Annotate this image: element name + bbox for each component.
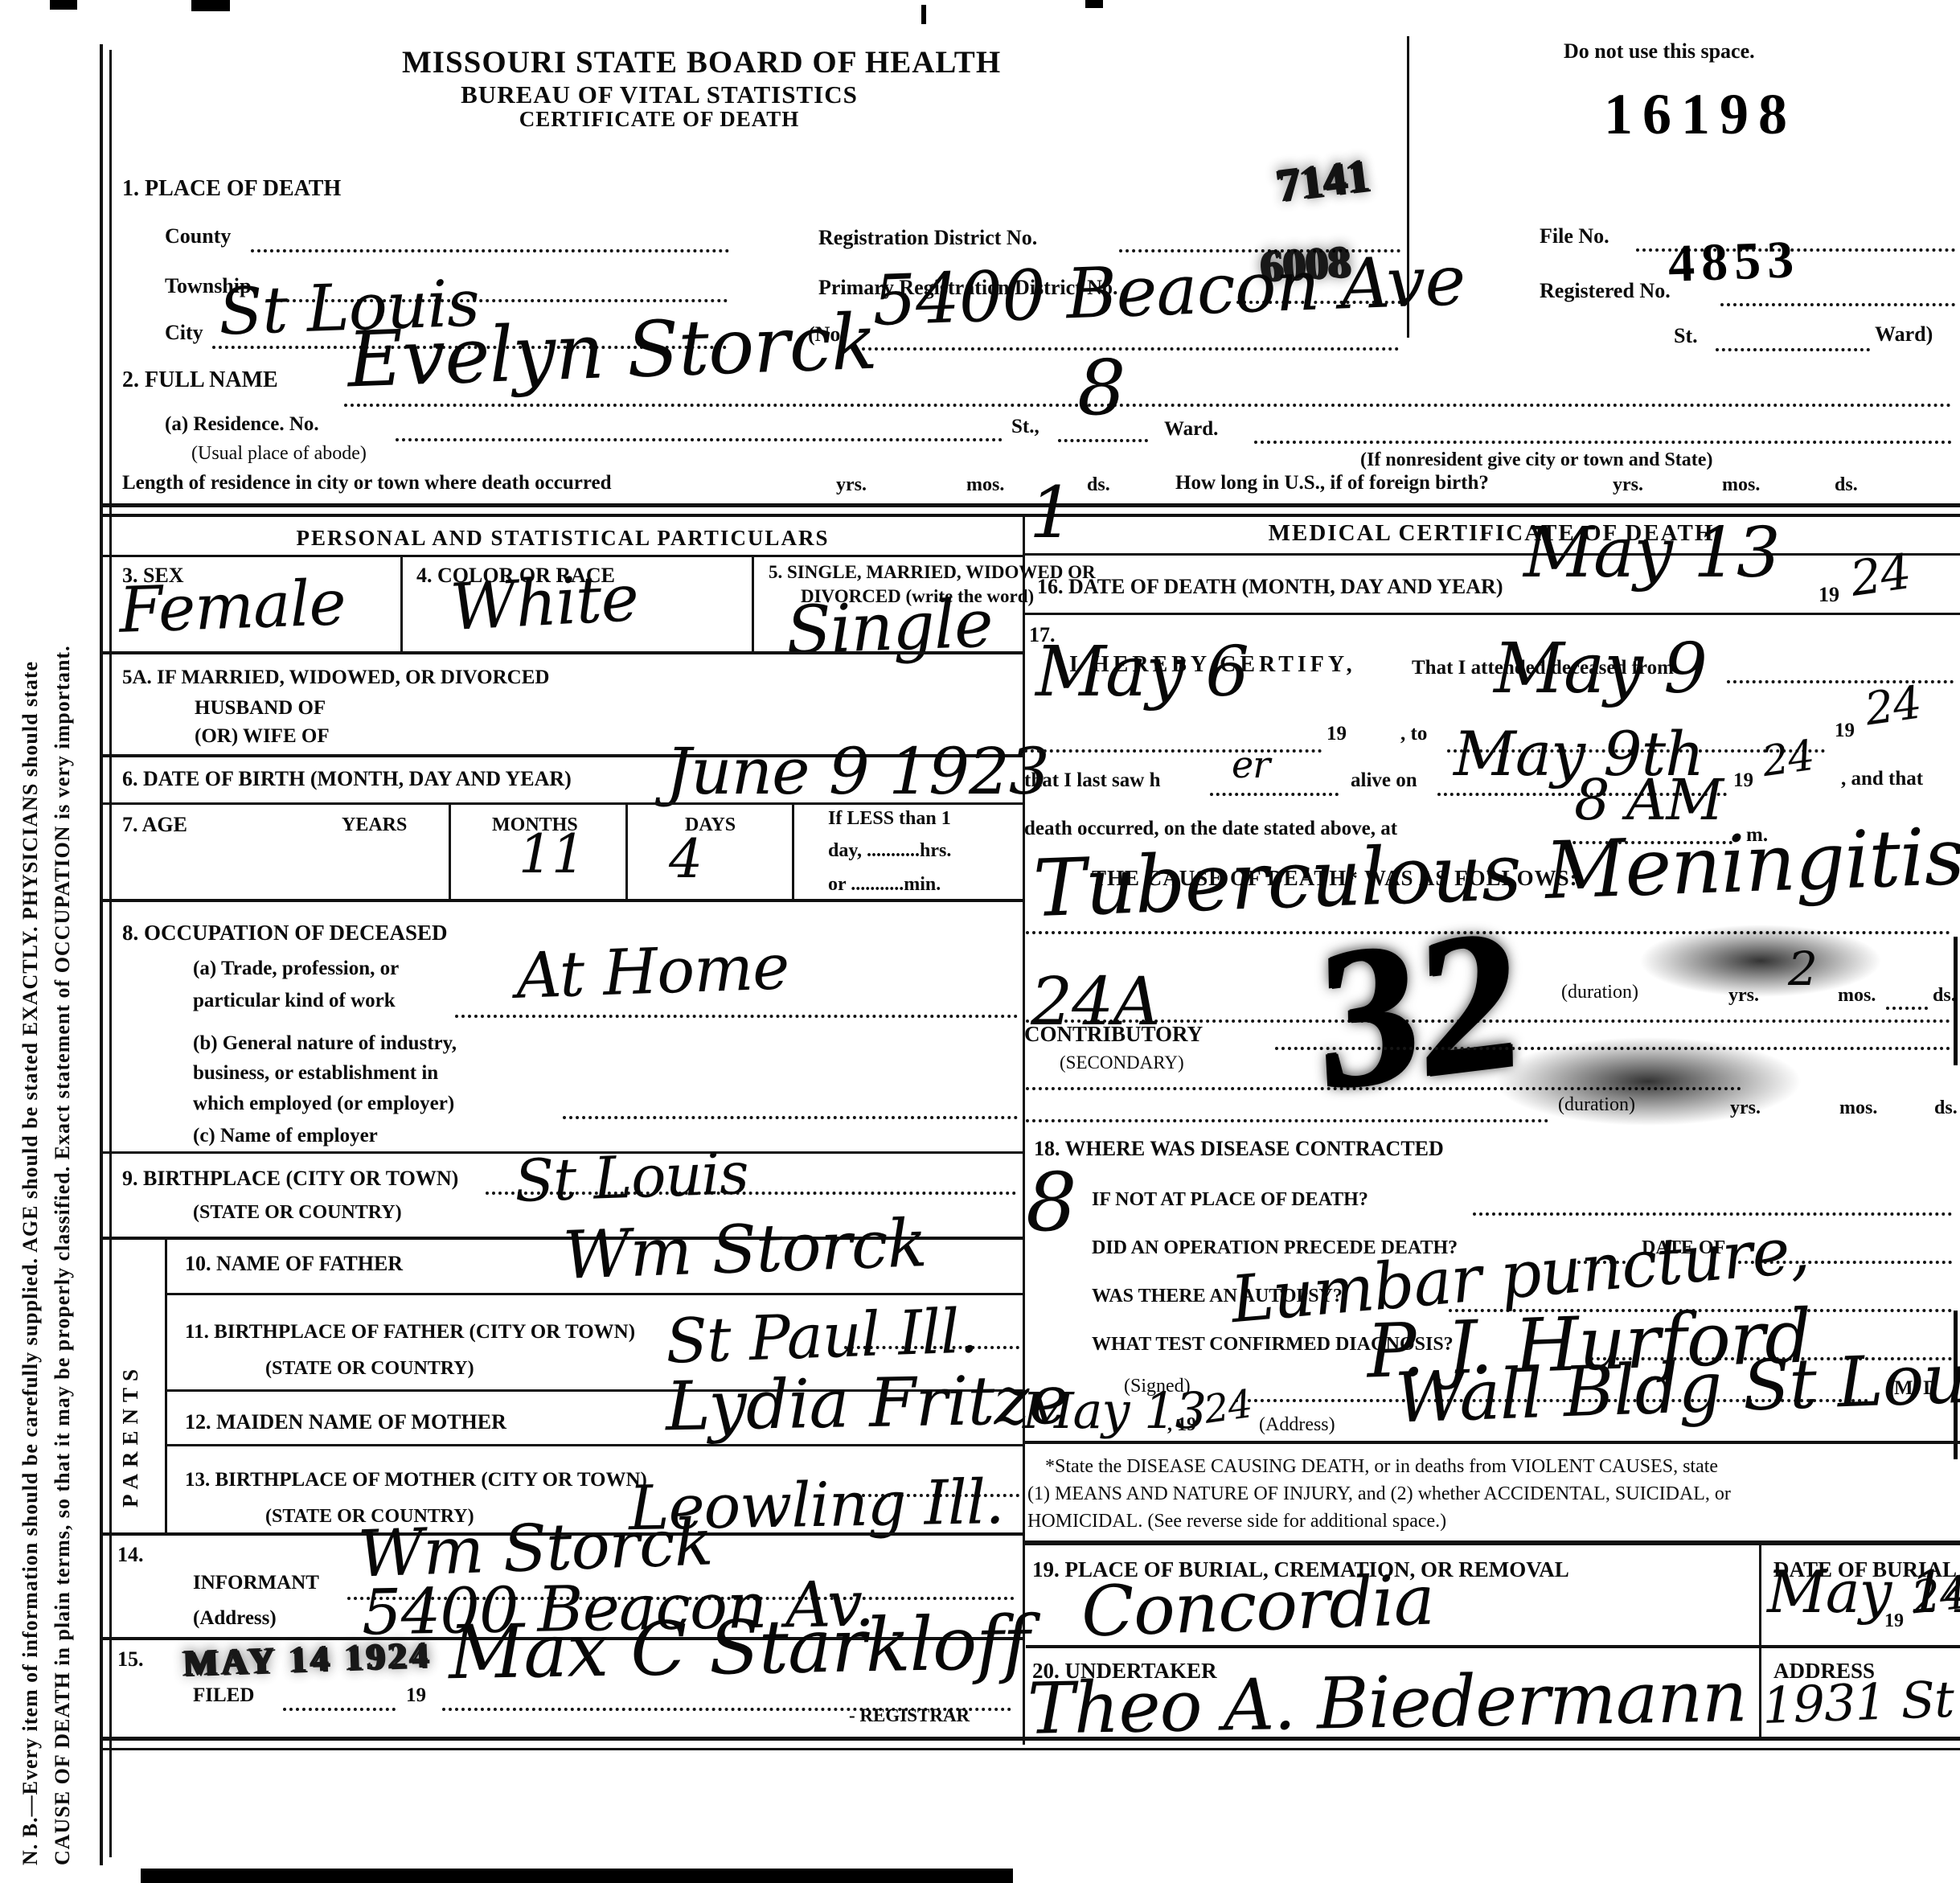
age-less1-label: If LESS than 1 <box>828 809 951 829</box>
contributory-line <box>1275 1047 1950 1050</box>
if-not-line <box>1473 1212 1952 1216</box>
color-race-value: White <box>449 568 639 638</box>
full-name-label: 2. FULL NAME <box>122 368 278 392</box>
burial-year-value: 24 <box>1909 1572 1960 1620</box>
ds-label: ds. <box>1835 475 1858 495</box>
rule <box>1023 1441 1960 1444</box>
attended-from-value: May 6 <box>1035 640 1249 706</box>
saw-19-label: 19 <box>1733 770 1753 791</box>
occupation-c: (c) Name of employer <box>193 1126 378 1147</box>
personal-title: PERSONAL AND STATISTICAL PARTICULARS <box>105 527 1021 549</box>
occupation-b2: business, or establishment in <box>193 1063 438 1084</box>
informant-address-label: (Address) <box>193 1608 277 1629</box>
ds-label: ds. <box>1087 475 1110 495</box>
county-line <box>251 249 729 252</box>
death-certificate-page: N. B.—Every item of information should b… <box>0 0 1960 1883</box>
street-no-line <box>855 347 1399 351</box>
saw-year-value: 24 <box>1760 736 1816 783</box>
last-saw-er-value: er <box>1232 748 1269 783</box>
residence-line <box>396 438 1003 441</box>
residence-st-line <box>1058 439 1148 442</box>
bureau-title: BUREAU OF VITAL STATISTICS <box>402 82 916 109</box>
duration2-yrs-label: yrs. <box>1730 1098 1761 1118</box>
cell-divider <box>792 802 794 899</box>
to-label: , to <box>1400 724 1427 745</box>
length-residence-label: Length of residence in city or town wher… <box>122 473 612 494</box>
rule <box>100 802 1024 805</box>
where-contracted-label: 18. WHERE WAS DISEASE CONTRACTED <box>1034 1138 1444 1159</box>
do-not-use-label: Do not use this space. <box>1564 40 1755 62</box>
cell-divider <box>752 555 754 651</box>
registered-no-stamp: 4853 <box>1667 236 1801 288</box>
husband-of-label: HUSBAND OF <box>195 698 326 719</box>
if-not-label: IF NOT AT PLACE OF DEATH? <box>1092 1190 1368 1210</box>
occupation-b3: which employed (or employer) <box>193 1093 454 1114</box>
residence-label: (a) Residence. No. <box>165 414 319 435</box>
ward-label: Ward) <box>1875 323 1933 345</box>
footnote-line3: HOMICIDAL. (See reverse side for additio… <box>1027 1512 1446 1532</box>
mos-label: mos. <box>1722 475 1760 495</box>
scan-noise <box>191 0 230 11</box>
duration-ds-label: ds. <box>1933 986 1956 1006</box>
occupation-a-line <box>455 1015 1018 1018</box>
attended-to-value: May 9 <box>1494 637 1707 703</box>
dob-label: 6. DATE OF BIRTH (MONTH, DAY AND YEAR) <box>122 768 572 790</box>
secondary-label: (SECONDARY) <box>1060 1053 1184 1073</box>
duration-label: (duration) <box>1561 983 1638 1003</box>
residence-ward-line <box>1254 441 1952 444</box>
duration-mos-label: mos. <box>1838 986 1876 1006</box>
contributory-label: CONTRIBUTORY <box>1024 1023 1203 1045</box>
mother-name-label: 12. MAIDEN NAME OF MOTHER <box>185 1411 506 1433</box>
mother-name-value: Lydia Fritze <box>665 1368 1068 1440</box>
registrar-label: - REGISTRAR <box>849 1706 970 1725</box>
rule <box>1026 1645 1960 1648</box>
column-divider <box>1023 514 1025 1745</box>
father-name-label: 10. NAME OF FATHER <box>185 1253 403 1274</box>
place-of-death-label: 1. PLACE OF DEATH <box>122 177 341 200</box>
occupation-b1: (b) General nature of industry, <box>193 1033 457 1054</box>
date-of-death-label: 16. DATE OF DEATH (MONTH, DAY AND YEAR) <box>1037 576 1503 597</box>
duration2-line <box>1026 1119 1548 1122</box>
age-years-label: YEARS <box>342 815 407 835</box>
age-days-value: 4 <box>669 835 702 885</box>
to-19-label: 19 <box>1835 720 1855 741</box>
duration-yrs-value: 2 <box>1788 947 1817 991</box>
bottom-scan-bar <box>141 1869 1013 1883</box>
county-label: County <box>165 225 231 247</box>
parents-box-line <box>165 1237 167 1534</box>
death-time-value: 8 AM <box>1574 773 1723 827</box>
duration2-label: (duration) <box>1558 1095 1635 1115</box>
married-5a-label: 5A. IF MARRIED, WIDOWED, OR DIVORCED <box>122 667 549 688</box>
margin-8-value: 8 <box>1026 1164 1076 1241</box>
ward-number-value: 8 <box>1077 352 1125 425</box>
item15-label: 15. <box>117 1648 144 1670</box>
org-title: MISSOURI STATE BOARD OF HEALTH <box>402 47 916 80</box>
form-border <box>109 50 112 1857</box>
age-less2-label: day, ...........hrs. <box>828 841 951 861</box>
birthplace-state-label: (STATE OR COUNTRY) <box>193 1203 402 1223</box>
father-birthplace-label: 11. BIRTHPLACE OF FATHER (CITY OR TOWN) <box>185 1322 635 1343</box>
last-saw-line <box>1210 793 1339 796</box>
registration-district-stamp: 7141 <box>1274 154 1372 207</box>
occupation-label: 8. OCCUPATION OF DECEASED <box>122 921 448 944</box>
physician-address-value: Wall Bldg St Louis <box>1394 1344 1960 1432</box>
cause-stamp-32: 32 <box>1318 905 1520 1112</box>
registrar-signature: Max C Starkloff <box>448 1608 1030 1688</box>
cell-divider <box>400 555 403 651</box>
age-label: 7. AGE <box>122 814 187 835</box>
residence-ward-label: Ward. <box>1164 419 1218 440</box>
filed-line <box>283 1708 396 1711</box>
signed-19-label: , 19 <box>1167 1415 1196 1435</box>
and-that-label: , and that <box>1841 769 1923 790</box>
birthplace-label: 9. BIRTHPLACE (CITY OR TOWN) <box>122 1167 458 1189</box>
rule <box>165 1444 1024 1446</box>
duration2-mos-label: mos. <box>1839 1098 1877 1118</box>
medical-title: MEDICAL CERTIFICATE OF DEATH <box>1037 521 1946 545</box>
registration-district-label: Registration District No. <box>818 227 1037 248</box>
dob-value: June 9 1923 <box>666 741 1049 802</box>
birthplace-value: St Louis <box>514 1146 749 1208</box>
file-no-label: File No. <box>1540 225 1609 247</box>
footnote-line1: *State the DISEASE CAUSING DEATH, or in … <box>1045 1457 1718 1477</box>
margin-note-line1: N. B.—Every item of information should b… <box>19 96 41 1865</box>
item14-label: 14. <box>117 1544 144 1565</box>
st-line <box>1716 348 1870 351</box>
address-label: (Address) <box>1259 1415 1335 1435</box>
from-19-label: 19 <box>1326 724 1347 745</box>
scan-noise <box>921 5 926 24</box>
occupation-b-line <box>563 1116 1018 1119</box>
certify-line <box>1727 680 1954 683</box>
form-border <box>100 44 103 1865</box>
undertaker-address-value: 1931 St Louis Av <box>1761 1668 1960 1730</box>
rule <box>1023 553 1960 556</box>
rule <box>100 899 1024 902</box>
rule <box>100 651 1024 654</box>
st-label: St. <box>1674 325 1698 347</box>
sex-value: Female <box>118 573 346 641</box>
attended-line <box>1024 749 1322 753</box>
duration2-ds-label: ds. <box>1934 1098 1958 1118</box>
age-months-value: 11 <box>519 830 584 880</box>
informant-label: INFORMANT <box>193 1573 319 1594</box>
scan-noise <box>50 0 77 10</box>
abode-note: (Usual place of abode) <box>191 444 367 464</box>
margin-note-line2: CAUSE OF DEATH in plain terms, so that i… <box>51 96 73 1865</box>
filed-19-label: 19 <box>406 1685 426 1706</box>
age-less3-label: or ...........min. <box>828 875 941 895</box>
street-value: 5400 Beacon Ave <box>871 248 1466 334</box>
city-label: City <box>165 322 203 343</box>
signed-year-value: 24 <box>1202 1386 1254 1429</box>
burial-divider <box>1759 1540 1761 1740</box>
yrs-label: yrs. <box>836 475 867 495</box>
occupation-value: At Home <box>515 937 790 1007</box>
parents-label: PARENTS <box>119 1266 141 1508</box>
scan-noise <box>1085 0 1103 8</box>
dod-year-value: 24 <box>1847 549 1913 603</box>
undertaker-value: Theo A. Biedermann <box>1027 1663 1747 1742</box>
file-number-stamp: 16198 <box>1604 88 1797 141</box>
nonresident-note: (If nonresident give city or town and St… <box>1360 450 1712 470</box>
wife-of-label: (OR) WIFE OF <box>195 726 330 747</box>
registered-no-line <box>1720 303 1955 306</box>
how-long-us-label: How long in U.S., if of foreign birth? <box>1175 473 1489 494</box>
rule <box>100 555 1024 557</box>
full-name-line <box>344 404 1952 407</box>
rule <box>165 1293 1024 1295</box>
occupation-a1: (a) Trade, profession, or <box>193 958 399 979</box>
cell-divider <box>449 802 451 899</box>
full-name-value: Evelyn Storck <box>346 306 878 397</box>
burial-value: Concordia <box>1080 1568 1435 1646</box>
registered-no-label: Registered No. <box>1540 280 1671 302</box>
duration-yrs-label: yrs. <box>1728 986 1759 1006</box>
father-birthplace-value: St Paul Ill. <box>665 1302 978 1371</box>
duration-ds-line <box>1886 1007 1928 1010</box>
alive-on-label: alive on <box>1351 770 1417 791</box>
yrs-label: yrs. <box>1613 475 1643 495</box>
rule-heavy <box>1023 1540 1960 1545</box>
occupation-a2: particular kind of work <box>193 991 396 1011</box>
last-saw-label: that I last saw h <box>1024 770 1160 791</box>
residence-st-label: St., <box>1011 416 1039 437</box>
footnote-line2: (1) MEANS AND NATURE OF INJURY, and (2) … <box>1027 1484 1731 1504</box>
mos-label: mos. <box>966 475 1004 495</box>
father-birthplace-state: (STATE OR COUNTRY) <box>265 1359 474 1379</box>
doc-title: CERTIFICATE OF DEATH <box>402 108 916 130</box>
burial-19-label: 19 <box>1884 1611 1904 1631</box>
cell-divider <box>625 802 628 899</box>
date-of-death-value: May 13 <box>1523 521 1780 587</box>
rule <box>1023 613 1960 615</box>
mother-birthplace-label: 13. BIRTHPLACE OF MOTHER (CITY OR TOWN) <box>185 1470 647 1491</box>
filed-date-stamp: MAY 14 1924 <box>182 1638 432 1680</box>
to-year-value: 24 <box>1863 681 1924 731</box>
filed-label: FILED <box>193 1685 254 1706</box>
dod-19-label: 19 <box>1819 584 1839 605</box>
father-name-value: Wm Storck <box>562 1212 928 1288</box>
